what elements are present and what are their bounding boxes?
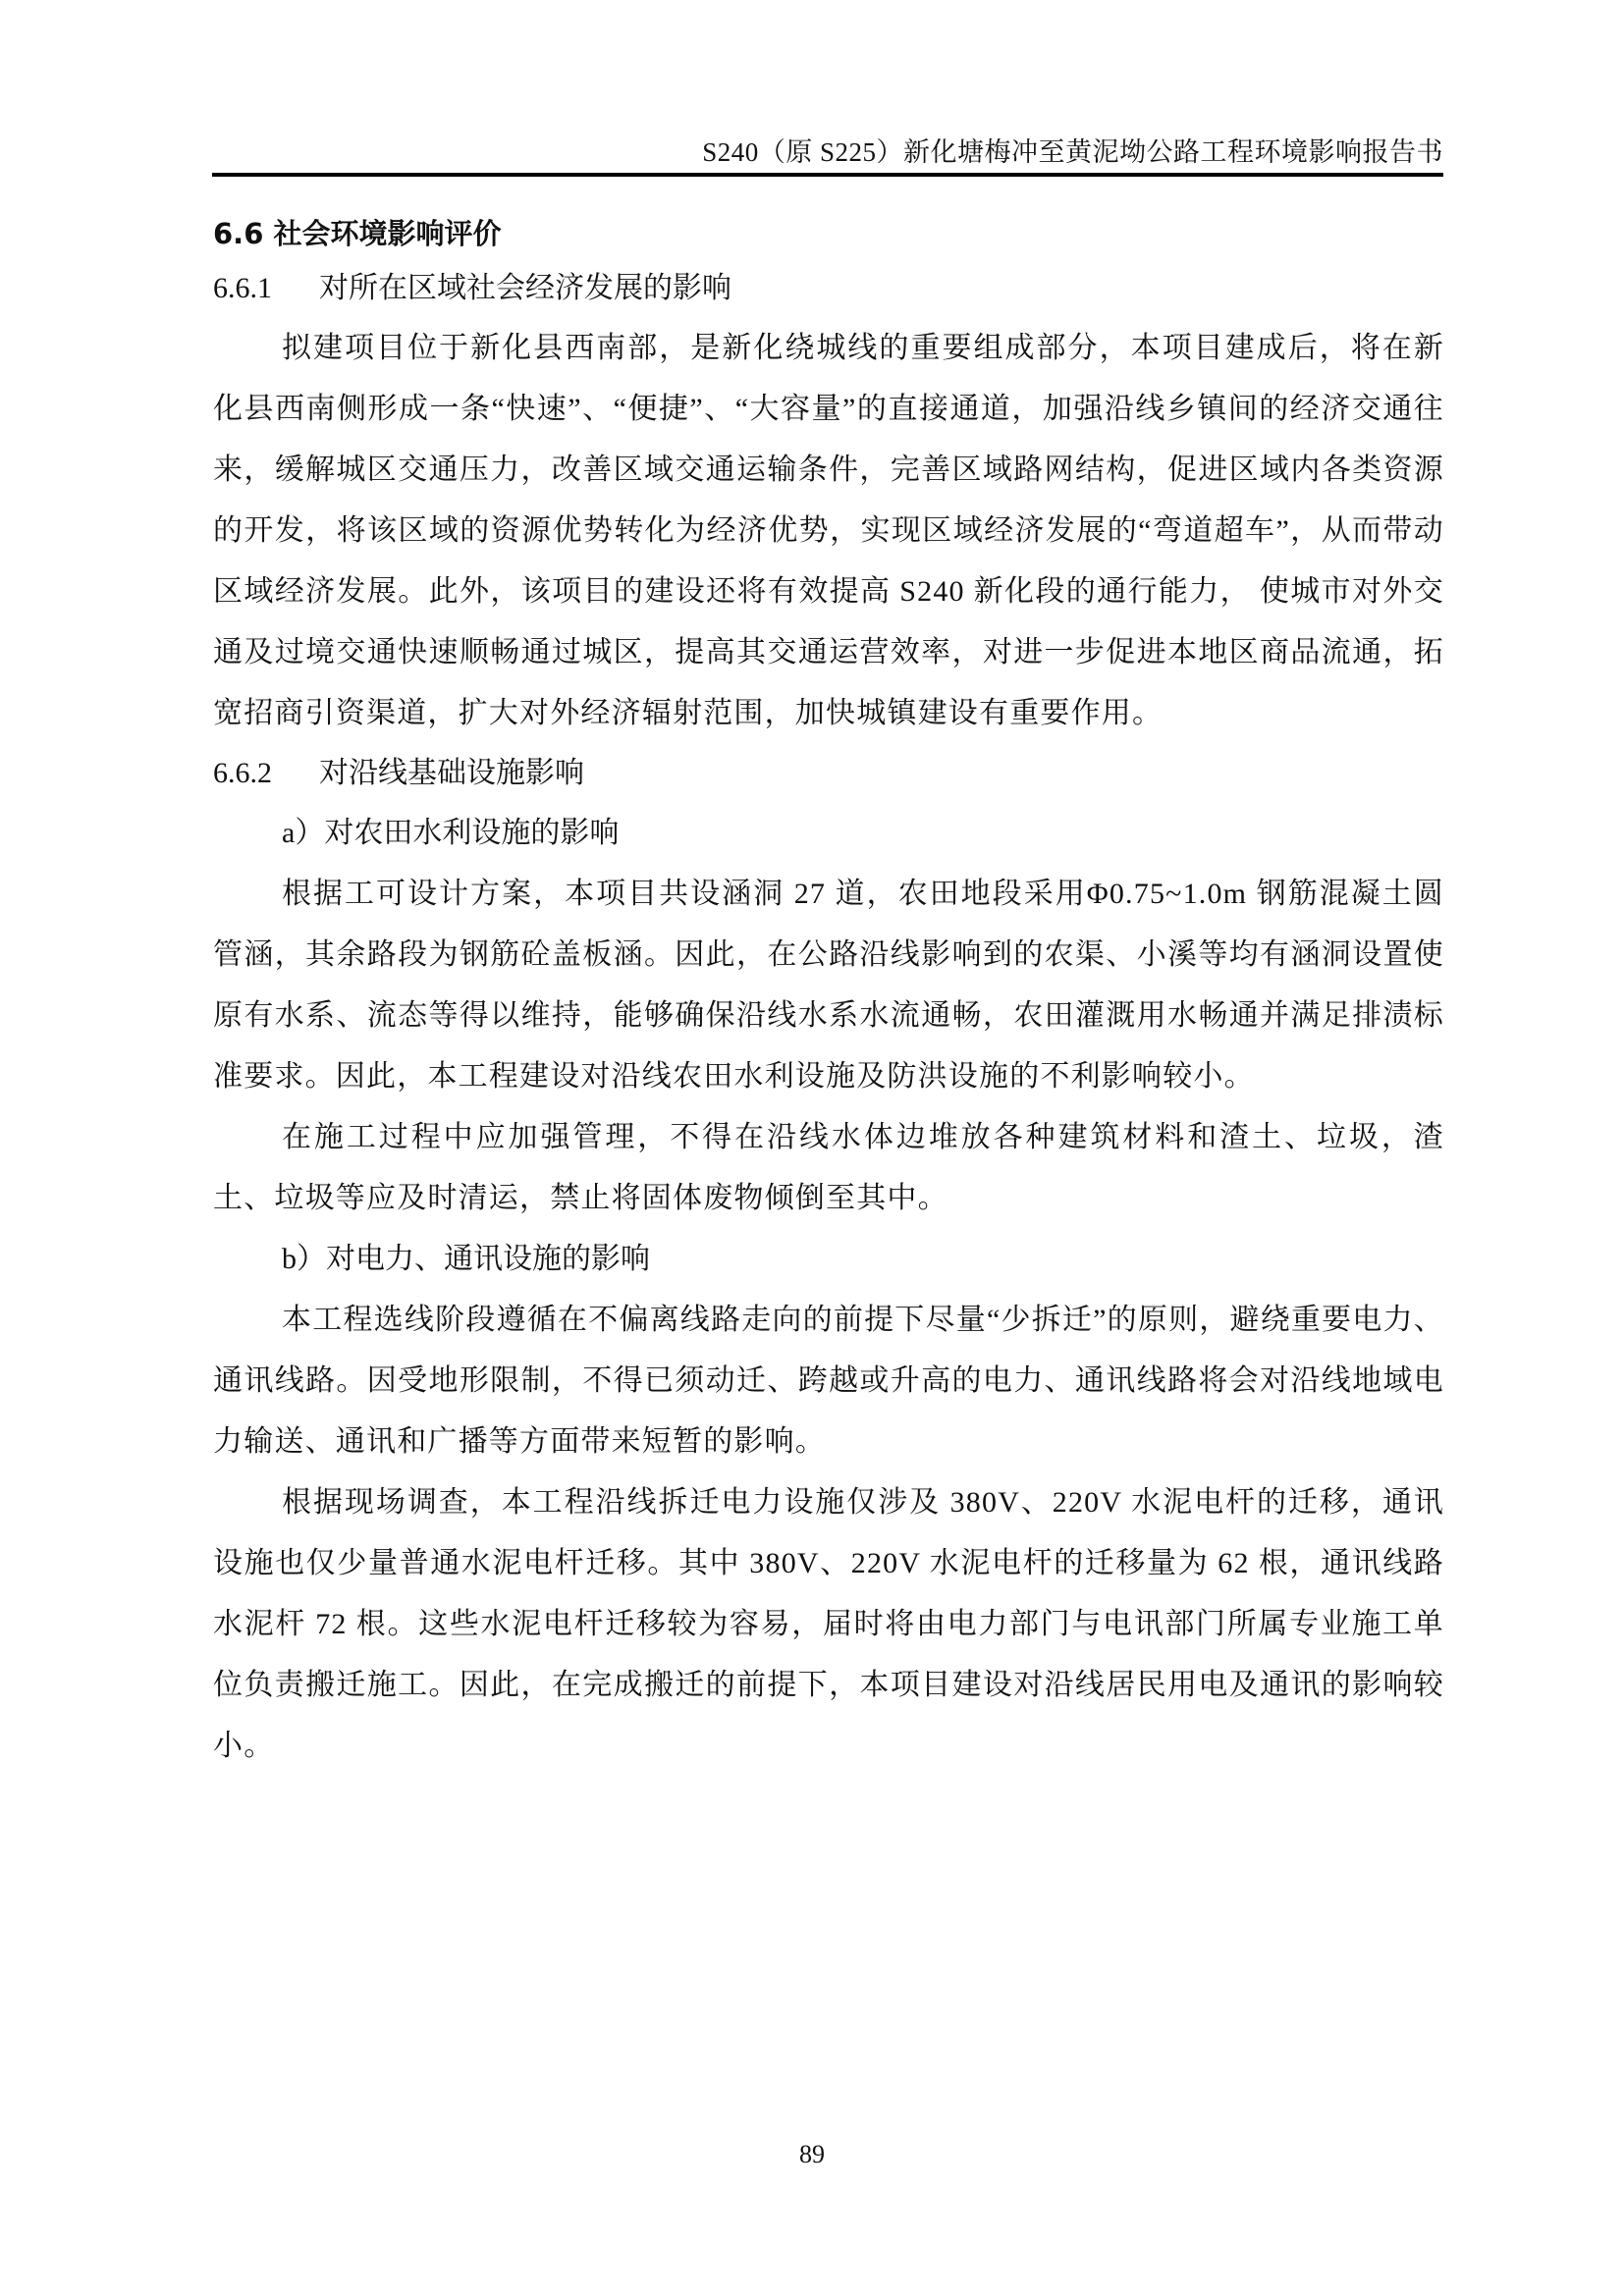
header-rule: [212, 173, 1443, 177]
section-heading: 6.6 社会环境影响评价: [213, 208, 1444, 259]
paragraph: 本工程选线阶段遵循在不偏离线路走向的前提下尽量“少拆迁”的原则，避绕重要电力、通…: [213, 1290, 1444, 1472]
item-heading-a: a）对农田水利设施的影响: [213, 803, 1444, 864]
paragraph: 拟建项目位于新化县西南部，是新化绕城线的重要组成部分，本项目建成后，将在新 化县…: [213, 318, 1444, 744]
paragraph: 根据现场调查，本工程沿线拆迁电力设施仅涉及 380V、220V 水泥电杆的迁移，…: [213, 1472, 1444, 1777]
subsection-number: 6.6.2: [213, 744, 319, 803]
page-body: 6.6 社会环境影响评价 6.6.1对所在区域社会经济发展的影响 拟建项目位于新…: [213, 208, 1444, 1777]
paragraph: 根据工可设计方案，本项目共设涵洞 27 道，农田地段采用Φ0.75~1.0m 钢…: [213, 864, 1444, 1107]
item-heading-b: b）对电力、通讯设施的影响: [213, 1229, 1444, 1290]
subsection-heading-6-6-2: 6.6.2对沿线基础设施影响: [213, 744, 1444, 803]
paragraph: 在施工过程中应加强管理，不得在沿线水体边堆放各种建筑材料和渣土、垃圾，渣土、垃圾…: [213, 1107, 1444, 1229]
subsection-title: 对所在区域社会经济发展的影响: [319, 272, 731, 304]
page-number: 89: [0, 2140, 1624, 2169]
subsection-title: 对沿线基础设施影响: [319, 757, 584, 789]
subsection-heading-6-6-1: 6.6.1对所在区域社会经济发展的影响: [213, 259, 1444, 318]
running-header: S240（原 S225）新化塘梅冲至黄泥坳公路工程环境影响报告书: [212, 135, 1443, 169]
subsection-number: 6.6.1: [213, 259, 319, 318]
